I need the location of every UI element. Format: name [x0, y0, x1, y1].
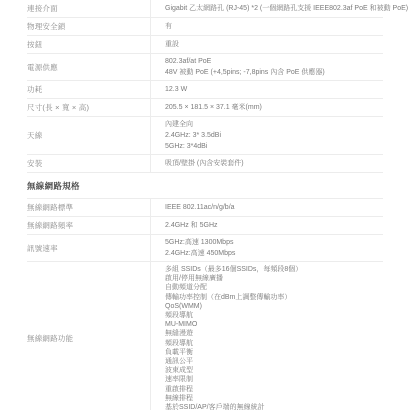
spec-value-line: 2.4GHz 和 5GHz [165, 220, 383, 231]
spec-value-line: 無線排程 [165, 394, 383, 403]
spec-value-line: 傳輸功率控制（在dBm上調整傳輸功率） [165, 293, 383, 302]
spec-label: 無線網路功能 [27, 262, 150, 410]
spec-label: 功耗 [27, 81, 150, 98]
spec-value: 12.3 W [150, 81, 383, 98]
spec-value-line: 有 [165, 21, 383, 32]
spec-value-line: 48V 被動 PoE (+4,5pins; -7,8pins 內含 PoE 供應… [165, 67, 383, 78]
spec-label: 連接介面 [27, 0, 150, 17]
spec-row-mounting: 安裝 吸頂/壁掛 (內含安裝套件) [27, 155, 383, 173]
spec-row-interface: 連接介面 Gigabit 乙太網路孔 (RJ-45) *2 (一個網路孔支援 I… [27, 0, 383, 18]
spec-label: 訊號速率 [27, 235, 150, 261]
spec-label: 按鈕 [27, 36, 150, 53]
spec-value-line: 吸頂/壁掛 (內含安裝套件) [165, 158, 383, 169]
spec-value-line: 速率限制 [165, 375, 383, 384]
spec-value-line: 5GHz: 3*4dBi [165, 141, 383, 152]
spec-row-wireless-functions: 無線網路功能 多組 SSIDs（最多16個SSIDs，每頻段8個） 啟用/停用無… [27, 262, 383, 410]
spec-value: 內建全向 2.4GHz: 3* 3.5dBi 5GHz: 3*4dBi [150, 117, 383, 154]
spec-label: 尺寸(長 × 寬 × 高) [27, 99, 150, 116]
spec-label: 天線 [27, 117, 150, 154]
spec-row-wireless-standard: 無線網路標準 IEEE 802.11ac/n/g/b/a [27, 199, 383, 217]
spec-value-line: 波束成型 [165, 366, 383, 375]
spec-value-line: 重設 [165, 39, 383, 50]
spec-value-line: 內建全向 [165, 119, 383, 130]
spec-value-line: 802.3af/at PoE [165, 56, 383, 67]
spec-label: 安裝 [27, 155, 150, 172]
wireless-spec-table: 無線網路標準 IEEE 802.11ac/n/g/b/a 無線網路頻率 2.4G… [27, 198, 383, 410]
spec-value-line: 頻段導航 [165, 339, 383, 348]
spec-row-power-consumption: 功耗 12.3 W [27, 81, 383, 99]
spec-value-line: 基於SSID/AP/客戶端的無線統計 [165, 403, 383, 410]
spec-label: 無線網路標準 [27, 199, 150, 216]
spec-value-line: 多組 SSIDs（最多16個SSIDs，每頻段8個） [165, 265, 383, 274]
spec-label: 電源供應 [27, 54, 150, 80]
spec-value: 多組 SSIDs（最多16個SSIDs，每頻段8個） 啟用/停用無線廣播 自動頻… [150, 262, 383, 410]
spec-value: 有 [150, 18, 383, 35]
spec-value-line: 無縫漫遊 [165, 329, 383, 338]
spec-value-line: 2.4GHz: 3* 3.5dBi [165, 130, 383, 141]
spec-value-line: 2.4GHz:高速 450Mbps [165, 248, 383, 259]
spec-row-security-lock: 物理安全鎖 有 [27, 18, 383, 36]
spec-row-wireless-frequency: 無線網路頻率 2.4GHz 和 5GHz [27, 217, 383, 235]
spec-row-dimensions: 尺寸(長 × 寬 × 高) 205.5 × 181.5 × 37.1 毫米(mm… [27, 99, 383, 117]
spec-row-antenna: 天線 內建全向 2.4GHz: 3* 3.5dBi 5GHz: 3*4dBi [27, 117, 383, 155]
spec-value: Gigabit 乙太網路孔 (RJ-45) *2 (一個網路孔支援 IEEE80… [150, 0, 383, 17]
spec-value-line: 啟用/停用無線廣播 [165, 274, 383, 283]
spec-row-signal-rate: 訊號速率 5GHz:高速 1300Mbps 2.4GHz:高速 450Mbps [27, 235, 383, 262]
spec-value-line: Gigabit 乙太網路孔 (RJ-45) *2 (一個網路孔支援 IEEE80… [165, 3, 383, 14]
spec-value-line: 頻段導航 [165, 311, 383, 320]
hardware-spec-table: 連接介面 Gigabit 乙太網路孔 (RJ-45) *2 (一個網路孔支援 I… [27, 0, 383, 173]
spec-value-line: QoS(WMM) [165, 302, 383, 311]
spec-value-line: MU-MIMO [165, 320, 383, 329]
spec-value-line: 205.5 × 181.5 × 37.1 毫米(mm) [165, 102, 383, 113]
spec-label: 無線網路頻率 [27, 217, 150, 234]
spec-label: 物理安全鎖 [27, 18, 150, 35]
spec-value: 205.5 × 181.5 × 37.1 毫米(mm) [150, 99, 383, 116]
spec-value: IEEE 802.11ac/n/g/b/a [150, 199, 383, 216]
spec-value-line: 通訊公平 [165, 357, 383, 366]
section-title-wireless-specs: 無線網路規格 [27, 181, 383, 192]
spec-value: 2.4GHz 和 5GHz [150, 217, 383, 234]
spec-value-line: IEEE 802.11ac/n/g/b/a [165, 202, 383, 213]
spec-value-line: 重啟排程 [165, 385, 383, 394]
spec-value-line: 5GHz:高速 1300Mbps [165, 237, 383, 248]
spec-value-line: 負載平衡 [165, 348, 383, 357]
spec-row-power-supply: 電源供應 802.3af/at PoE 48V 被動 PoE (+4,5pins… [27, 54, 383, 81]
spec-row-button: 按鈕 重設 [27, 36, 383, 54]
spec-value: 5GHz:高速 1300Mbps 2.4GHz:高速 450Mbps [150, 235, 383, 261]
spec-value-line: 自動頻道分配 [165, 283, 383, 292]
spec-value-line: 12.3 W [165, 84, 383, 95]
spec-value: 吸頂/壁掛 (內含安裝套件) [150, 155, 383, 172]
spec-value: 802.3af/at PoE 48V 被動 PoE (+4,5pins; -7,… [150, 54, 383, 80]
spec-value: 重設 [150, 36, 383, 53]
spec-page: 連接介面 Gigabit 乙太網路孔 (RJ-45) *2 (一個網路孔支援 I… [0, 0, 383, 410]
